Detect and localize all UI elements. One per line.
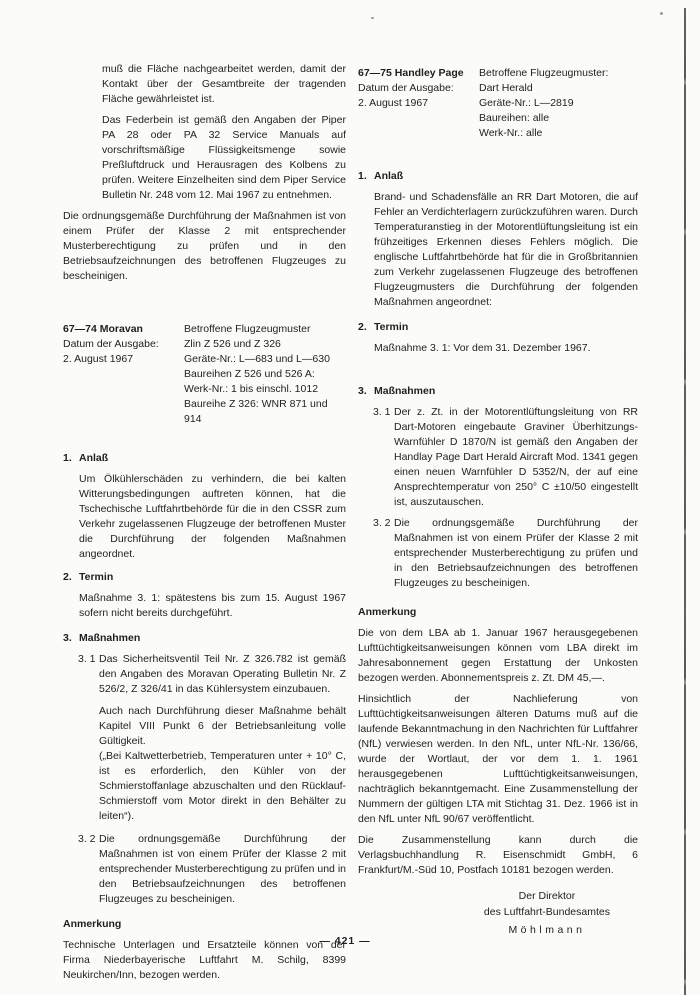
section-paragraph: Brand- und Schadensfälle an RR Dart Moto… (374, 190, 638, 310)
note-paragraph: Die von dem LBA ab 1. Januar 1967 heraus… (358, 626, 638, 686)
section-title: Anlaß (79, 451, 108, 466)
signature-office: des Luftfahrt-Bundesamtes (484, 904, 610, 920)
scan-speck (660, 12, 663, 15)
directive-id: 67—74 Moravan (63, 322, 184, 337)
measure-text: Die ordnungsgemäße Durchführung der Maßn… (394, 516, 638, 591)
section-title: Termin (79, 570, 113, 585)
section-heading: 3. Maßnahmen (63, 631, 346, 646)
directive-meta: 67—74 Moravan Datum der Ausgabe: 2. Augu… (63, 322, 184, 427)
right-column: 67—75 Handley Page Datum der Ausgabe: 2.… (358, 66, 638, 938)
continuation-paragraph: muß die Fläche nachgearbeitet werden, da… (102, 62, 346, 107)
directive-affected-models: Betroffene Flugzeugmuster Zlin Z 526 und… (184, 322, 346, 427)
signature-role: Der Direktor (484, 888, 610, 904)
affected-line: Zlin Z 526 und Z 326 (184, 337, 346, 352)
directive-date-label: Datum der Ausgabe: (63, 337, 184, 352)
affected-line: Baureihe Z 326: WNR 871 und 914 (184, 397, 346, 427)
note-paragraph: Hinsichtlich der Nachlieferung von Luftt… (358, 692, 638, 827)
measure-item-3-2: 3. 2 Die ordnungsgemäße Durchführung der… (373, 516, 638, 591)
affected-line: Dart Herald (479, 81, 638, 96)
affected-line: Baureihen Z 526 und 526 A: (184, 367, 346, 382)
directive-header-handley-page: 67—75 Handley Page Datum der Ausgabe: 2.… (358, 66, 638, 141)
directive-id: 67—75 Handley Page (358, 66, 479, 81)
affected-line: Betroffene Flugzeugmuster (184, 322, 346, 337)
affected-line: Geräte-Nr.: L—2819 (479, 96, 638, 111)
measure-number: 3. 2 (373, 516, 394, 591)
section-massnahmen: 3. Maßnahmen 3. 1 Das Sicherheitsventil … (63, 631, 346, 907)
section-heading: 1. Anlaß (63, 451, 346, 466)
section-massnahmen: 3. Maßnahmen 3. 1 Der z. Zt. in der Moto… (358, 384, 638, 591)
section-number: 3. (63, 631, 79, 646)
affected-line: Betroffene Flugzeugmuster: (479, 66, 638, 81)
measure-item-3-1: 3. 1 Der z. Zt. in der Motorentlüftungsl… (373, 405, 638, 510)
section-termin: 2. Termin Maßnahme 3. 1: Vor dem 31. Dez… (358, 320, 638, 356)
note-title: Anmerkung (358, 605, 638, 620)
section-title: Maßnahmen (79, 631, 140, 646)
affected-line: Baureihen: alle (479, 111, 638, 126)
page-number: — 421 — (0, 934, 690, 949)
directive-affected-models: Betroffene Flugzeugmuster: Dart Herald G… (479, 66, 638, 141)
note-paragraph: Die Zusammenstellung kann durch die Verl… (358, 833, 638, 878)
note-block: Anmerkung Die von dem LBA ab 1. Januar 1… (358, 605, 638, 878)
measure-text: Das Sicherheitsventil Teil Nr. Z 326.782… (99, 652, 346, 824)
section-termin: 2. Termin Maßnahme 3. 1: spätestens bis … (63, 570, 346, 621)
section-number: 1. (358, 169, 374, 184)
compliance-paragraph: Die ordnungsgemäße Durchführung der Maßn… (63, 209, 346, 284)
section-heading: 1. Anlaß (358, 169, 638, 184)
section-heading: 2. Termin (358, 320, 638, 335)
document-page: muß die Fläche nachgearbeitet werden, da… (0, 0, 700, 995)
affected-line: Werk-Nr.: alle (479, 126, 638, 141)
note-block: Anmerkung Technische Unterlagen und Ersa… (63, 917, 346, 983)
measure-paragraph: Das Sicherheitsventil Teil Nr. Z 326.782… (99, 652, 346, 697)
measure-paragraph: Der z. Zt. in der Motorentlüftungsleitun… (394, 405, 638, 510)
section-title: Maßnahmen (374, 384, 435, 399)
continuation-paragraph: Das Federbein ist gemäß den Angaben der … (102, 113, 346, 203)
directive-header-moravan: 67—74 Moravan Datum der Ausgabe: 2. Augu… (63, 322, 346, 427)
measure-paragraph: Auch nach Durchführung dieser Maßnahme b… (99, 704, 346, 749)
section-title: Termin (374, 320, 408, 335)
directive-meta: 67—75 Handley Page Datum der Ausgabe: 2.… (358, 66, 479, 141)
section-paragraph: Um Ölkühlerschäden zu verhindern, die be… (79, 472, 346, 562)
measure-text: Die ordnungsgemäße Durchführung der Maßn… (99, 832, 346, 907)
section-paragraph: Maßnahme 3. 1: spätestens bis zum 15. Au… (79, 591, 346, 621)
section-anlass: 1. Anlaß Brand- und Schadensfälle an RR … (358, 169, 638, 310)
scan-line-artifact (684, 8, 686, 995)
measure-item-3-2: 3. 2 Die ordnungsgemäße Durchführung der… (78, 832, 346, 907)
left-column: muß die Fläche nachgearbeitet werden, da… (63, 62, 346, 983)
measure-number: 3. 1 (78, 652, 99, 824)
measure-paragraph: Die ordnungsgemäße Durchführung der Maßn… (99, 832, 346, 907)
signature-block: Der Direktor des Luftfahrt-Bundesamtes M… (484, 888, 610, 938)
section-heading: 2. Termin (63, 570, 346, 585)
section-paragraph: Maßnahme 3. 1: Vor dem 31. Dezember 1967… (374, 341, 638, 356)
directive-date-value: 2. August 1967 (63, 352, 184, 367)
directive-date-value: 2. August 1967 (358, 96, 479, 111)
measure-item-3-1: 3. 1 Das Sicherheitsventil Teil Nr. Z 32… (78, 652, 346, 824)
scan-speck (145, 852, 147, 854)
section-number: 2. (358, 320, 374, 335)
affected-line: Geräte-Nr.: L—683 und L—630 (184, 352, 346, 367)
section-heading: 3. Maßnahmen (358, 384, 638, 399)
section-title: Anlaß (374, 169, 403, 184)
affected-line: Werk-Nr.: 1 bis einschl. 1012 (184, 382, 346, 397)
section-number: 3. (358, 384, 374, 399)
note-title: Anmerkung (63, 917, 346, 932)
directive-date-label: Datum der Ausgabe: (358, 81, 479, 96)
scan-speck (371, 17, 374, 19)
measure-text: Der z. Zt. in der Motorentlüftungsleitun… (394, 405, 638, 510)
measure-paragraph: Die ordnungsgemäße Durchführung der Maßn… (394, 516, 638, 591)
measure-number: 3. 2 (78, 832, 99, 907)
measure-number: 3. 1 (373, 405, 394, 510)
measure-paragraph-quote: („Bei Kaltwetterbetrieb, Temperaturen un… (99, 749, 346, 824)
section-number: 2. (63, 570, 79, 585)
section-anlass: 1. Anlaß Um Ölkühlerschäden zu verhinder… (63, 451, 346, 562)
section-number: 1. (63, 451, 79, 466)
